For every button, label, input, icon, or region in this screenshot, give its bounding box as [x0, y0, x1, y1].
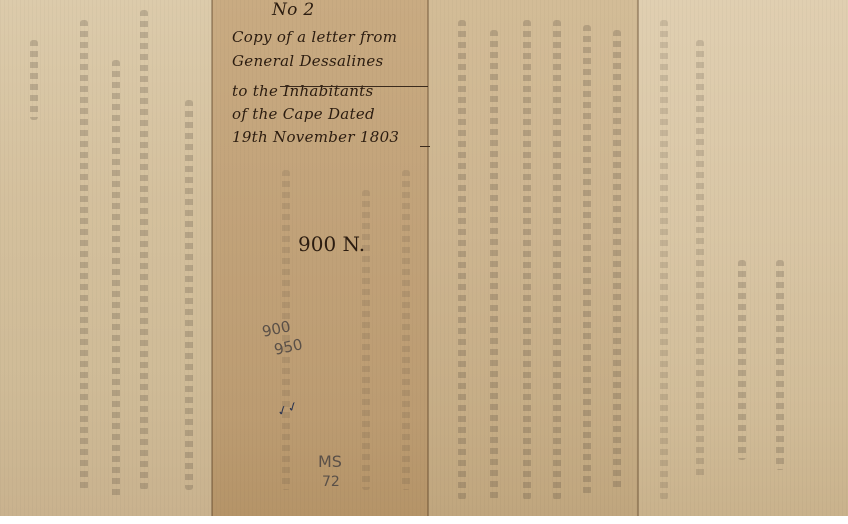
bleed-through-text [490, 30, 498, 500]
pencil-ms-label: MS [318, 452, 342, 471]
bleed-through-text [696, 40, 704, 480]
bleed-through-text [112, 60, 120, 500]
bleed-through-text [583, 25, 591, 495]
fold-line [211, 0, 213, 516]
docket-number: No 2 [272, 0, 315, 20]
docket-line-3: to the Inhabitants [232, 82, 374, 100]
docket-line-5: 19th November 1803 [232, 128, 399, 146]
bleed-through-text [776, 260, 784, 470]
bleed-through-text [738, 260, 746, 460]
bleed-through-text [30, 40, 38, 120]
docket-line-4: of the Cape Dated [232, 105, 375, 123]
docket-line-1: Copy of a letter from [232, 28, 397, 46]
fold-line [637, 0, 639, 516]
bleed-through-text [80, 20, 88, 490]
bleed-through-text [553, 20, 561, 500]
pencil-ms-number: 72 [322, 474, 340, 490]
bleed-through-text [140, 10, 148, 490]
bleed-through-text [613, 30, 621, 490]
bleed-through-text [523, 20, 531, 500]
bleed-through-text [185, 100, 193, 490]
panel-docket [212, 0, 428, 516]
bleed-through-text [402, 170, 410, 490]
bleed-through-text [660, 20, 668, 500]
panel-center-right [428, 0, 638, 516]
panel-right [638, 0, 848, 516]
docket-line-2: General Dessalines [232, 52, 384, 70]
bleed-through-text [458, 20, 466, 500]
fold-line [427, 0, 429, 516]
ink-catalog-number: 900 N. [298, 232, 365, 256]
docket-rule [280, 86, 428, 87]
docket-rule [420, 146, 430, 147]
manuscript-sheet: No 2 Copy of a letter from General Dessa… [0, 0, 848, 516]
panel-left [0, 0, 212, 516]
